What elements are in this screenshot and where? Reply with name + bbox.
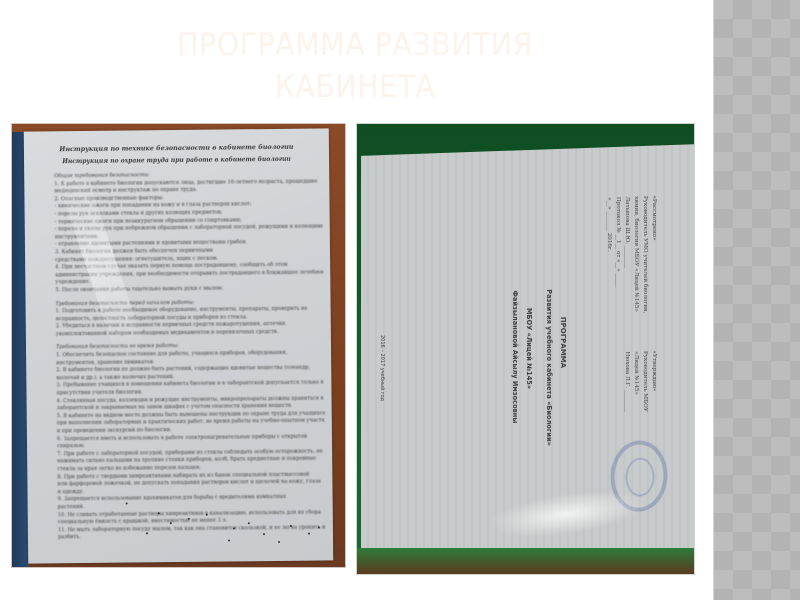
cover-text-line: «__» _______ 2016г.	[606, 197, 612, 252]
dust-speck	[308, 533, 310, 535]
dust-speck	[228, 539, 230, 541]
approval-block-approved: «Утверждаю»Руководитель МБОУ«Лицей №145»…	[361, 144, 694, 156]
dust-speck	[126, 503, 128, 505]
instruction-sheet: Инструкция по технике безопасности в каб…	[24, 128, 334, 563]
dust-speck	[263, 533, 265, 535]
dust-specks	[24, 128, 329, 131]
cover-text-line: «Утверждаю»	[651, 351, 657, 392]
program-subtitle-line: Развития учебного кабинета «Биологии»	[545, 289, 553, 446]
approval-block-reviewed: «Рассмотрено»Руководитель УМО учителей б…	[361, 144, 694, 156]
safety-instructions-photo: Инструкция по технике безопасности в каб…	[12, 124, 345, 567]
cover-text-line: Нюхова Л.Г. ________	[624, 351, 630, 412]
program-cover-photo: «Рассмотрено»Руководитель УМО учителей б…	[357, 124, 694, 574]
cover-text-line: «Рассмотрено»	[651, 196, 657, 241]
cover-text-line: Протокол № __1__ от «__» _____	[615, 197, 621, 288]
academic-year-line: 2016 – 2017 учебный год	[379, 335, 385, 401]
dust-speck	[146, 532, 148, 534]
dust-speck	[248, 522, 250, 524]
cover-text-line: «Лицей №145»	[633, 351, 639, 395]
dust-speck	[233, 527, 235, 529]
program-heading: ПРОГРАММА	[559, 317, 567, 369]
dust-speck	[170, 522, 172, 524]
program-subtitle-line: МБОУ «Лицей №145»	[525, 308, 533, 389]
slide-title-line-2: КАБИНЕТА	[84, 66, 627, 108]
dust-speck	[206, 514, 208, 516]
slide-title: ПРОГРАММА РАЗВИТИЯ КАБИНЕТА	[84, 24, 627, 108]
dust-speck	[188, 518, 190, 520]
cover-text-line: Руководитель УМО учителей биологии,	[642, 196, 648, 314]
cover-text-line: Латыпова Ш.Ю. ________	[624, 196, 630, 268]
program-title-block: ПРОГРАММАРазвития учебного кабинета «Био…	[361, 144, 694, 156]
instruction-heading-2: Инструкция по охране труда при работе в …	[24, 155, 329, 165]
green-folder-edge	[357, 548, 694, 574]
dust-speck	[278, 541, 280, 543]
dust-speck	[290, 525, 292, 527]
dust-speck	[158, 512, 160, 514]
instruction-heading-1: Инструкция по технике безопасности в каб…	[24, 142, 329, 153]
cover-text-line: химии, биологии МБОУ «Лицей №145»	[633, 196, 639, 312]
decorative-diamond-strip	[713, 0, 800, 600]
dust-speck	[318, 527, 320, 529]
program-subtitle-line: Файзылановой Айсылу Имзосовны	[511, 290, 519, 423]
cover-text-line: Руководитель МБОУ	[642, 351, 648, 412]
slide-title-line-1: ПРОГРАММА РАЗВИТИЯ	[84, 24, 627, 66]
